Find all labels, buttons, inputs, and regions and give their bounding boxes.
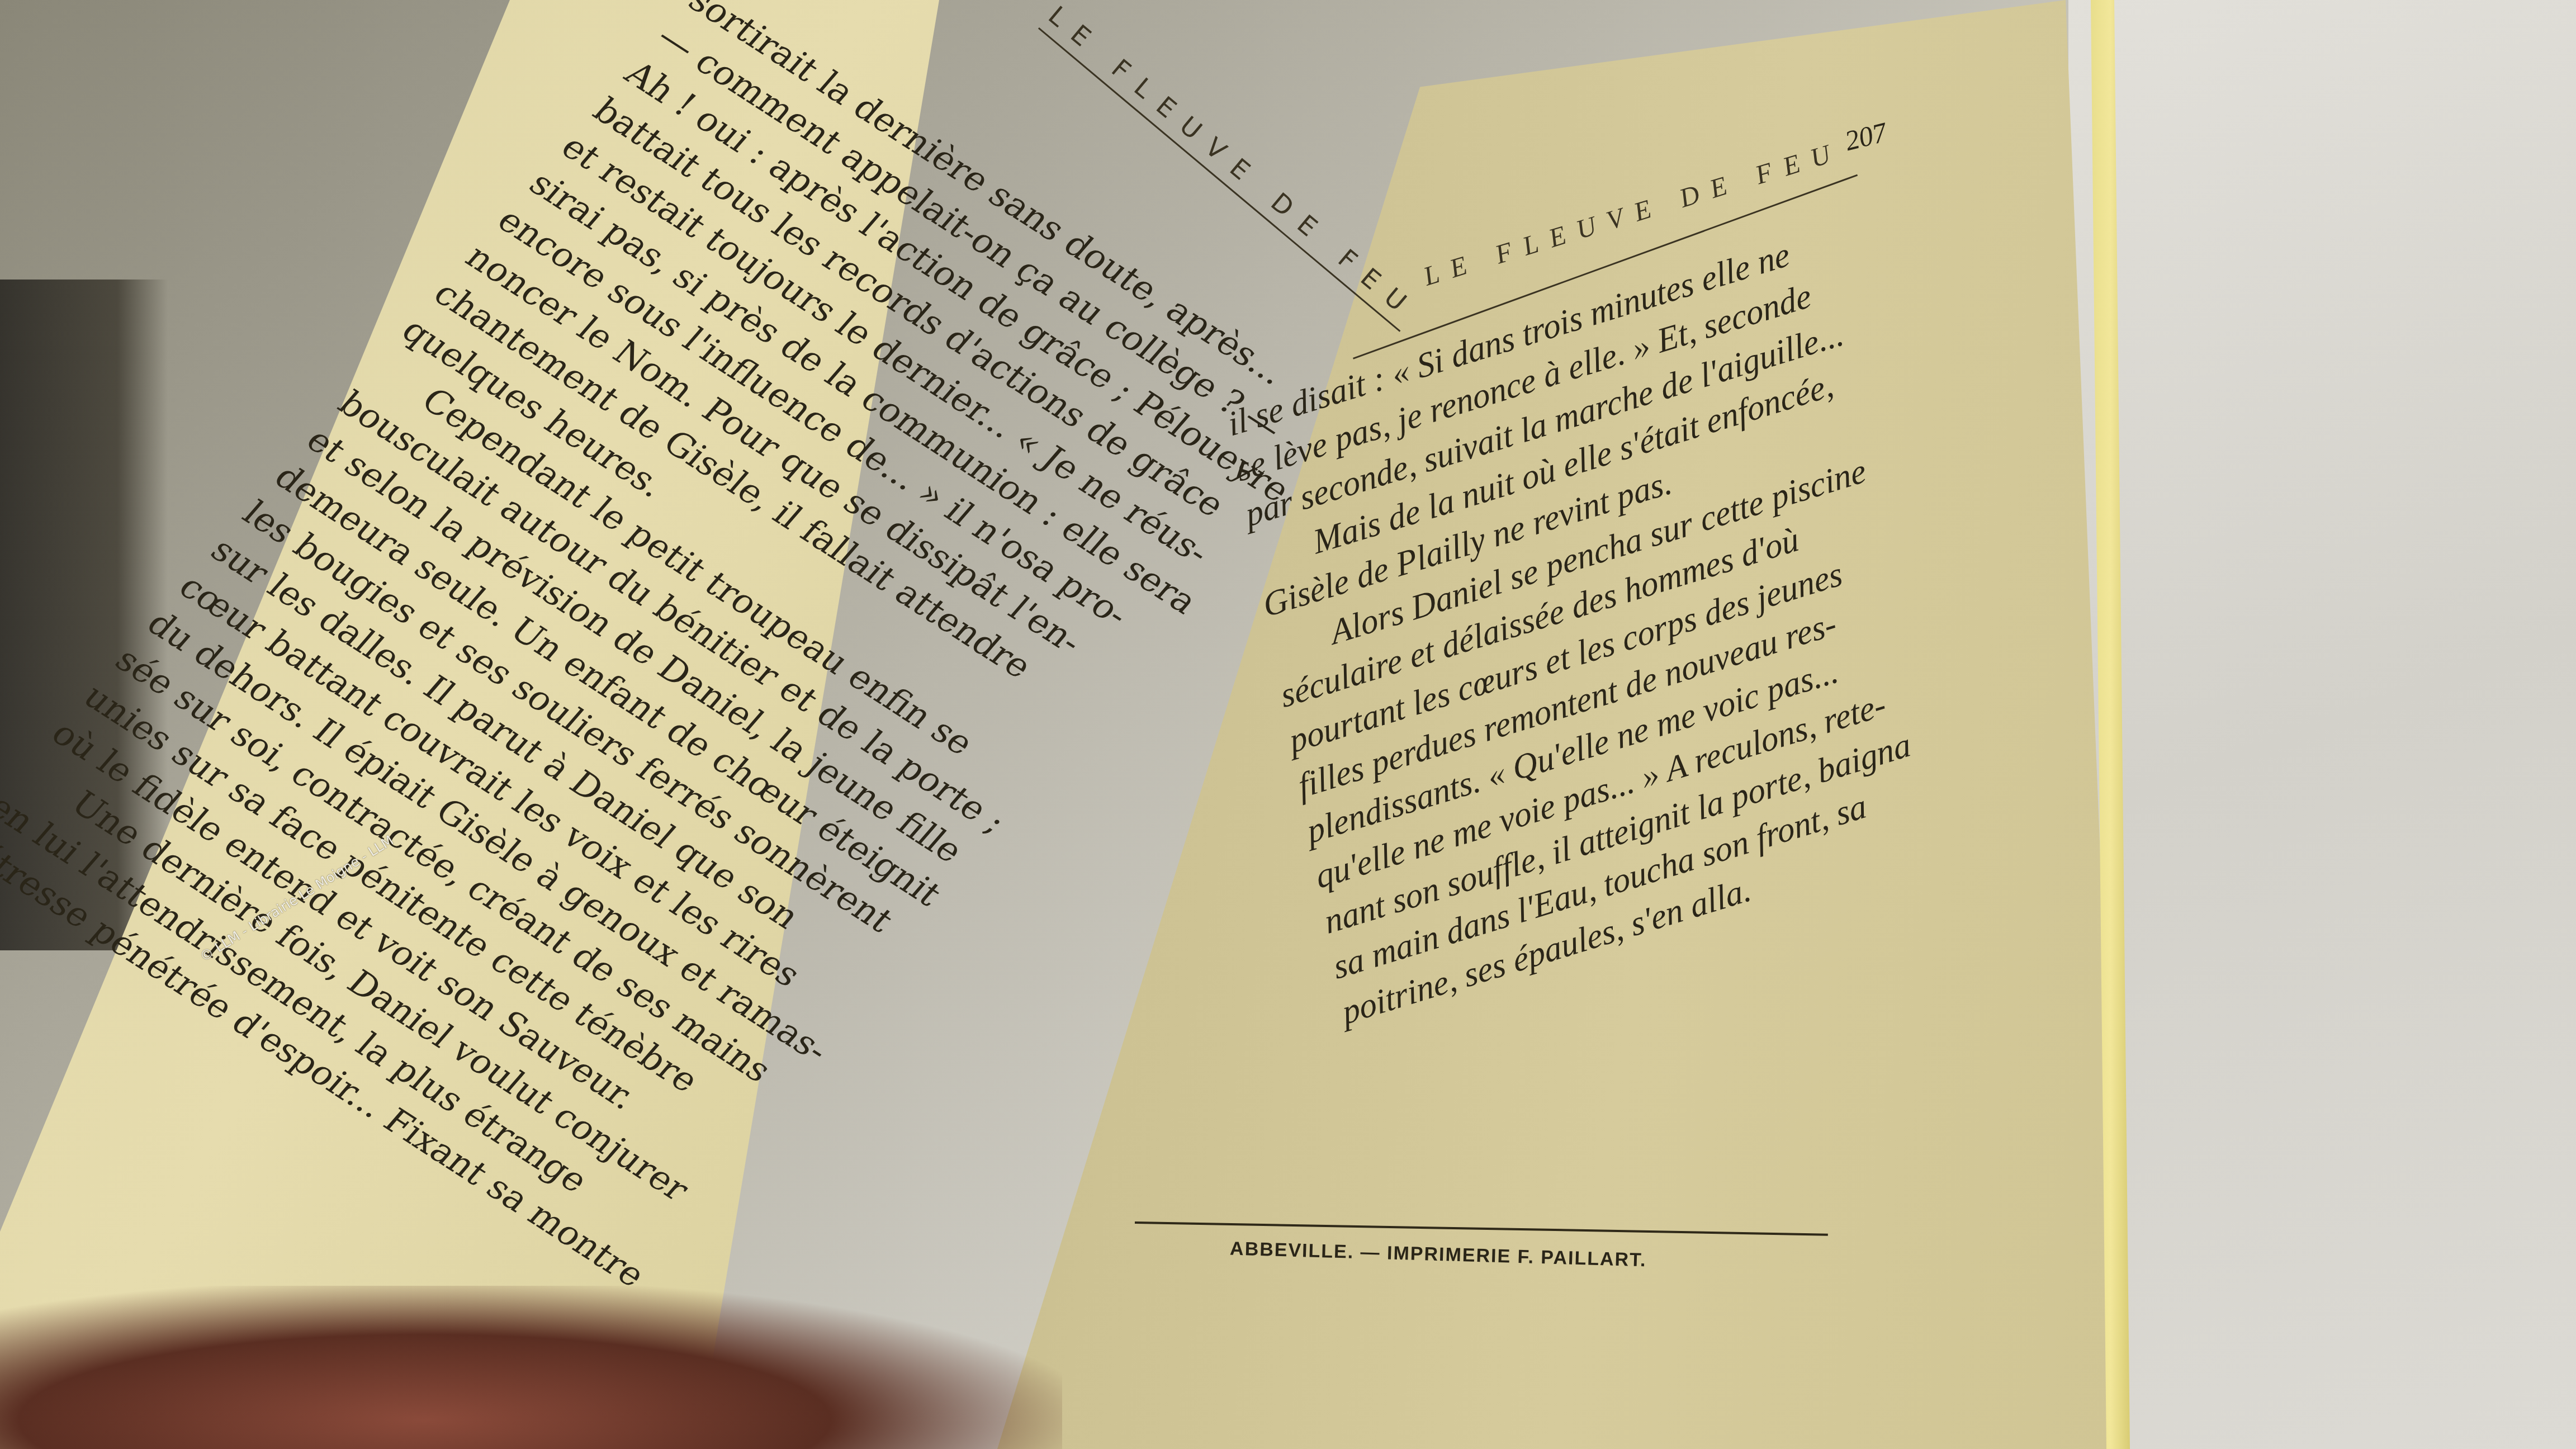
marble-background (2068, 0, 2576, 1449)
hand-holding-book (0, 1286, 1062, 1449)
